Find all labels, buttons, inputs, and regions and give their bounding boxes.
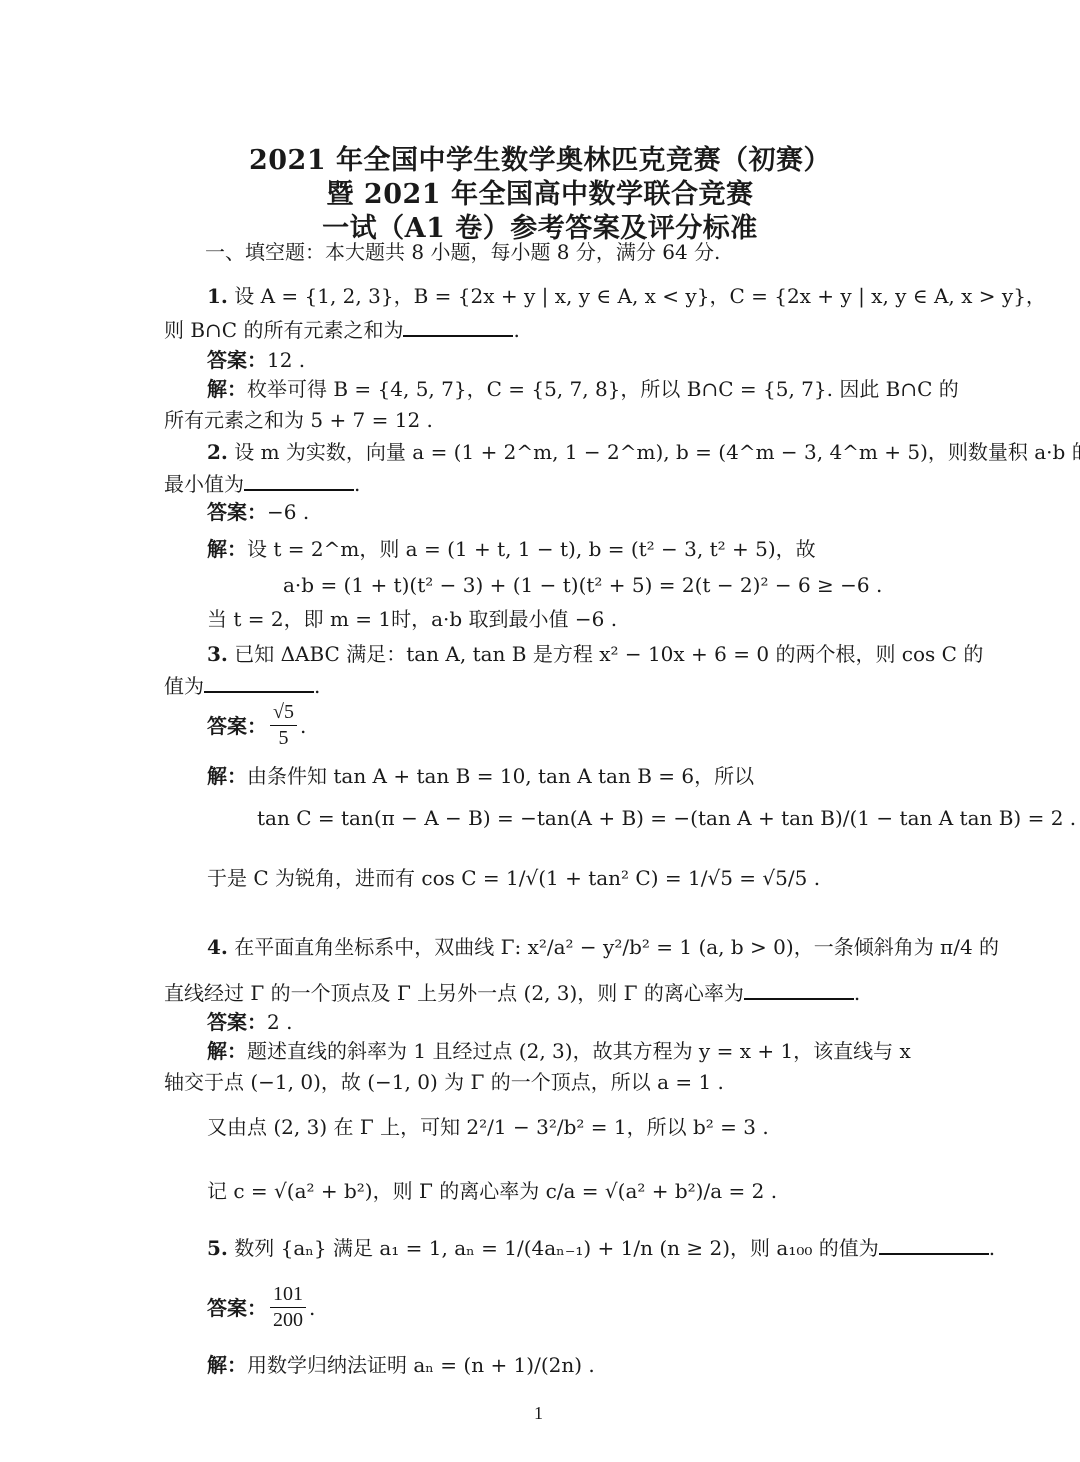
problem-number: 1.: [207, 284, 228, 308]
solution-text: 设 t = 2^m，则 a = (1 + t, 1 − t), b = (t² …: [247, 537, 816, 561]
problem-4-answer: 答案：2 .: [207, 1012, 292, 1032]
problem-3-stem: 3. 已知 ΔABC 满足：tan A, tan B 是方程 x² − 10x …: [207, 644, 983, 664]
problem-4-solution-line4: 记 c = √(a² + b²)，则 Γ 的离心率为 c/a = √(a² + …: [207, 1181, 777, 1201]
answer-blank: [879, 1239, 989, 1255]
problem-text: 在平面直角坐标系中，双曲线 Γ: x²/a² − y²/b² = 1 (a, b…: [234, 935, 999, 959]
problem-4-stem: 4. 在平面直角坐标系中，双曲线 Γ: x²/a² − y²/b² = 1 (a…: [207, 937, 999, 957]
fraction-denominator: 5: [275, 726, 291, 749]
solution-text: 用数学归纳法证明 aₙ = (n + 1)/(2n) .: [247, 1353, 595, 1377]
problem-text: 设 m 为实数，向量 a = (1 + 2^m, 1 − 2^m), b = (…: [234, 440, 1080, 464]
problem-1-stem: 1. 设 A = {1, 2, 3}，B = {2x + y | x, y ∈ …: [207, 286, 1046, 306]
solution-text: 由条件知 tan A + tan B = 10, tan A tan B = 6…: [247, 764, 754, 788]
solution-label: 解: [207, 537, 227, 561]
problem-text: 直线经过 Γ 的一个顶点及 Γ 上另外一点 (2, 3)，则 Γ 的离心率为: [164, 981, 744, 1005]
problem-text: 则 B∩C 的所有元素之和为: [164, 318, 403, 342]
problem-number: 4.: [207, 935, 228, 959]
fraction-denominator: 200: [270, 1308, 306, 1331]
problem-4-stem-cont: 直线经过 Γ 的一个顶点及 Γ 上另外一点 (2, 3)，则 Γ 的离心率为.: [164, 983, 860, 1003]
problem-4-solution-line3: 又由点 (2, 3) 在 Γ 上，可知 2²/1 − 3²/b² = 1，所以 …: [207, 1117, 769, 1137]
problem-1-solution-cont: 所有元素之和为 5 + 7 = 12 .: [164, 410, 433, 430]
problem-number: 2.: [207, 440, 228, 464]
answer-label: 答案: [207, 1010, 247, 1034]
problem-3-solution-conclusion: 于是 C 为锐角，进而有 cos C = 1/√(1 + tan² C) = 1…: [207, 868, 820, 888]
problem-3-solution: 解：由条件知 tan A + tan B = 10, tan A tan B =…: [207, 766, 754, 786]
solution-text: 枚举可得 B = {4, 5, 7}，C = {5, 7, 8}，所以 B∩C …: [247, 377, 959, 401]
problem-5-stem: 5. 数列 {aₙ} 满足 a₁ = 1, aₙ = 1/(4aₙ₋₁) + 1…: [207, 1238, 995, 1258]
answer-blank: [244, 475, 354, 491]
problem-2-solution-equation: a·b = (1 + t)(t² − 3) + (1 − t)(t² + 5) …: [283, 575, 882, 595]
problem-5-answer: 答案： 101 200 .: [207, 1284, 315, 1331]
problem-1-solution: 解：枚举可得 B = {4, 5, 7}，C = {5, 7, 8}，所以 B∩…: [207, 379, 959, 399]
problem-text: 设 A = {1, 2, 3}，B = {2x + y | x, y ∈ A, …: [234, 284, 1046, 308]
problem-1-stem-cont: 则 B∩C 的所有元素之和为.: [164, 320, 520, 340]
solution-label: 解: [207, 764, 227, 788]
answer-label: 答案: [207, 348, 247, 372]
problem-number: 5.: [207, 1236, 228, 1260]
answer-fraction: 101 200: [270, 1284, 306, 1331]
answer-value: 12 .: [267, 348, 305, 372]
solution-label: 解: [207, 1353, 227, 1377]
problem-text: 已知 ΔABC 满足：tan A, tan B 是方程 x² − 10x + 6…: [234, 642, 983, 666]
problem-1-answer: 答案：12 .: [207, 350, 305, 370]
problem-3-solution-equation: tan C = tan(π − A − B) = −tan(A + B) = −…: [257, 808, 1076, 828]
answer-label: 答案: [207, 716, 247, 736]
problem-3-stem-cont: 值为.: [164, 676, 320, 696]
fraction-numerator: 101: [270, 1284, 306, 1308]
problem-2-stem-cont: 最小值为.: [164, 474, 360, 494]
solution-text: 题述直线的斜率为 1 且经过点 (2, 3)，故其方程为 y = x + 1，该…: [247, 1039, 911, 1063]
answer-blank: [744, 984, 854, 1000]
answer-blank: [204, 677, 314, 693]
answer-blank: [403, 321, 513, 337]
document-page: 2021 年全国中学生数学奥林匹克竞赛（初赛） 暨 2021 年全国高中数学联合…: [0, 0, 1080, 1462]
solution-label: 解: [207, 377, 227, 401]
problem-4-solution: 解：题述直线的斜率为 1 且经过点 (2, 3)，故其方程为 y = x + 1…: [207, 1041, 911, 1061]
solution-label: 解: [207, 1039, 227, 1063]
problem-4-solution-cont: 轴交于点 (−1, 0)，故 (−1, 0) 为 Γ 的一个顶点，所以 a = …: [164, 1072, 724, 1092]
answer-fraction: √5 5: [270, 702, 297, 749]
problem-text: 最小值为: [164, 472, 244, 496]
page-number: 1: [534, 1403, 543, 1424]
problem-number: 3.: [207, 642, 228, 666]
answer-label: 答案: [207, 500, 247, 524]
problem-text: 值为: [164, 674, 204, 698]
problem-2-solution-conclusion: 当 t = 2，即 m = 1时，a·b 取到最小值 −6 .: [207, 609, 617, 629]
problem-2-stem: 2. 设 m 为实数，向量 a = (1 + 2^m, 1 − 2^m), b …: [207, 442, 1080, 462]
problem-text: 数列 {aₙ} 满足 a₁ = 1, aₙ = 1/(4aₙ₋₁) + 1/n …: [234, 1236, 879, 1260]
answer-label: 答案: [207, 1298, 247, 1318]
problem-2-answer: 答案：−6 .: [207, 502, 309, 522]
answer-value: 2 .: [267, 1010, 292, 1034]
problem-3-answer: 答案： √5 5 .: [207, 702, 306, 749]
problem-2-solution: 解：设 t = 2^m，则 a = (1 + t, 1 − t), b = (t…: [207, 539, 816, 559]
fraction-numerator: √5: [270, 702, 297, 726]
section-heading: 一、填空题：本大题共 8 小题，每小题 8 分，满分 64 分.: [205, 242, 720, 262]
answer-value: −6 .: [267, 500, 309, 524]
problem-5-solution: 解：用数学归纳法证明 aₙ = (n + 1)/(2n) .: [207, 1355, 595, 1375]
